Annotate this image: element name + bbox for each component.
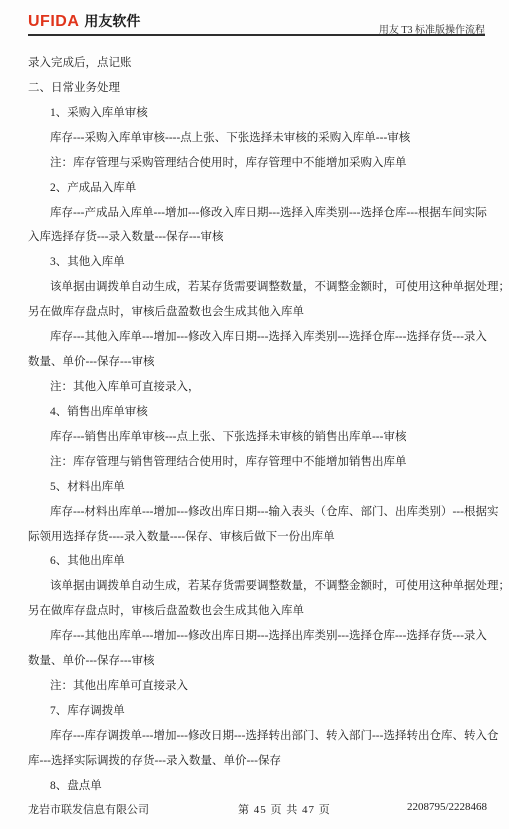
text-line: 1、采购入库单审核 (28, 101, 488, 126)
text-line: 录入完成后，点记账 (28, 51, 488, 76)
text-line: 注：库存管理与销售管理结合使用时，库存管理中不能增加销售出库单 (28, 450, 488, 475)
text-line: 库存---其他出库单---增加---修改出库日期---选择出库类别---选择仓库… (28, 624, 488, 649)
text-line: 际领用选择存货----录入数量----保存、审核后做下一份出库单 (28, 525, 488, 550)
text-line: 6、其他出库单 (28, 549, 488, 574)
text-line: 入库选择存货---录入数量---保存---审核 (28, 225, 488, 250)
text-line: 库存---产成品入库单---增加---修改入库日期---选择入库类别---选择仓… (28, 201, 488, 226)
text-line: 2、产成品入库单 (28, 176, 488, 201)
ufida-logo-chinese: 用友软件 (84, 13, 140, 29)
text-line: 5、材料出库单 (28, 475, 488, 500)
ufida-logo: UFIDA用友软件 (28, 11, 140, 31)
text-line: 4、销售出库单审核 (28, 400, 488, 425)
text-line: 库存---库存调拨单---增加---修改日期---选择转出部门、转入部门---选… (28, 724, 488, 749)
text-line: 8、盘点单 (28, 774, 488, 799)
text-line: 注：库存管理与采购管理结合使用时，库存管理中不能增加采购入库单 (28, 151, 488, 176)
document-page: UFIDA用友软件 用友 T3 标准版操作流程 录入完成后，点记账二、日常业务处… (0, 0, 509, 829)
text-line: 注：其他出库单可直接录入 (28, 674, 488, 699)
text-line: 该单据由调拨单自动生成，若某存货需要调整数量，不调整金额时，可使用这种单据处理； (28, 275, 488, 300)
text-line: 库存---销售出库单审核---点上张、下张选择未审核的销售出库单---审核 (28, 425, 488, 450)
footer-page-info: 第 45 页 共 47 页 (238, 801, 331, 817)
text-line: 3、其他入库单 (28, 250, 488, 275)
text-line: 库存---采购入库单审核----点上张、下张选择未审核的采购入库单---审核 (28, 126, 488, 151)
document-body: 录入完成后，点记账二、日常业务处理1、采购入库单审核库存---采购入库单审核--… (28, 51, 488, 799)
footer-doc-number: 2208795/2228468 (407, 801, 487, 813)
text-line: 二、日常业务处理 (28, 76, 488, 101)
header-rule (28, 34, 485, 36)
text-line: 另在做库存盘点时，审核后盘盈数也会生成其他入库单 (28, 599, 488, 624)
text-line: 该单据由调拨单自动生成，若某存货需要调整数量，不调整金额时，可使用这种单据处理； (28, 574, 488, 599)
text-line: 库存---其他入库单---增加---修改入库日期---选择入库类别---选择仓库… (28, 325, 488, 350)
text-line: 库---选择实际调拨的存货---录入数量、单价---保存 (28, 749, 488, 774)
text-line: 7、库存调拨单 (28, 699, 488, 724)
text-line: 另在做库存盘点时，审核后盘盈数也会生成其他入库单 (28, 300, 488, 325)
text-line: 数量、单价---保存---审核 (28, 649, 488, 674)
text-line: 注：其他入库单可直接录入， (28, 375, 488, 400)
ufida-logo-latin: UFIDA (28, 13, 79, 30)
text-line: 数量、单价---保存---审核 (28, 350, 488, 375)
footer-company: 龙岩市联发信息有限公司 (28, 801, 149, 817)
text-line: 库存---材料出库单---增加---修改出库日期---输入表头（仓库、部门、出库… (28, 500, 488, 525)
